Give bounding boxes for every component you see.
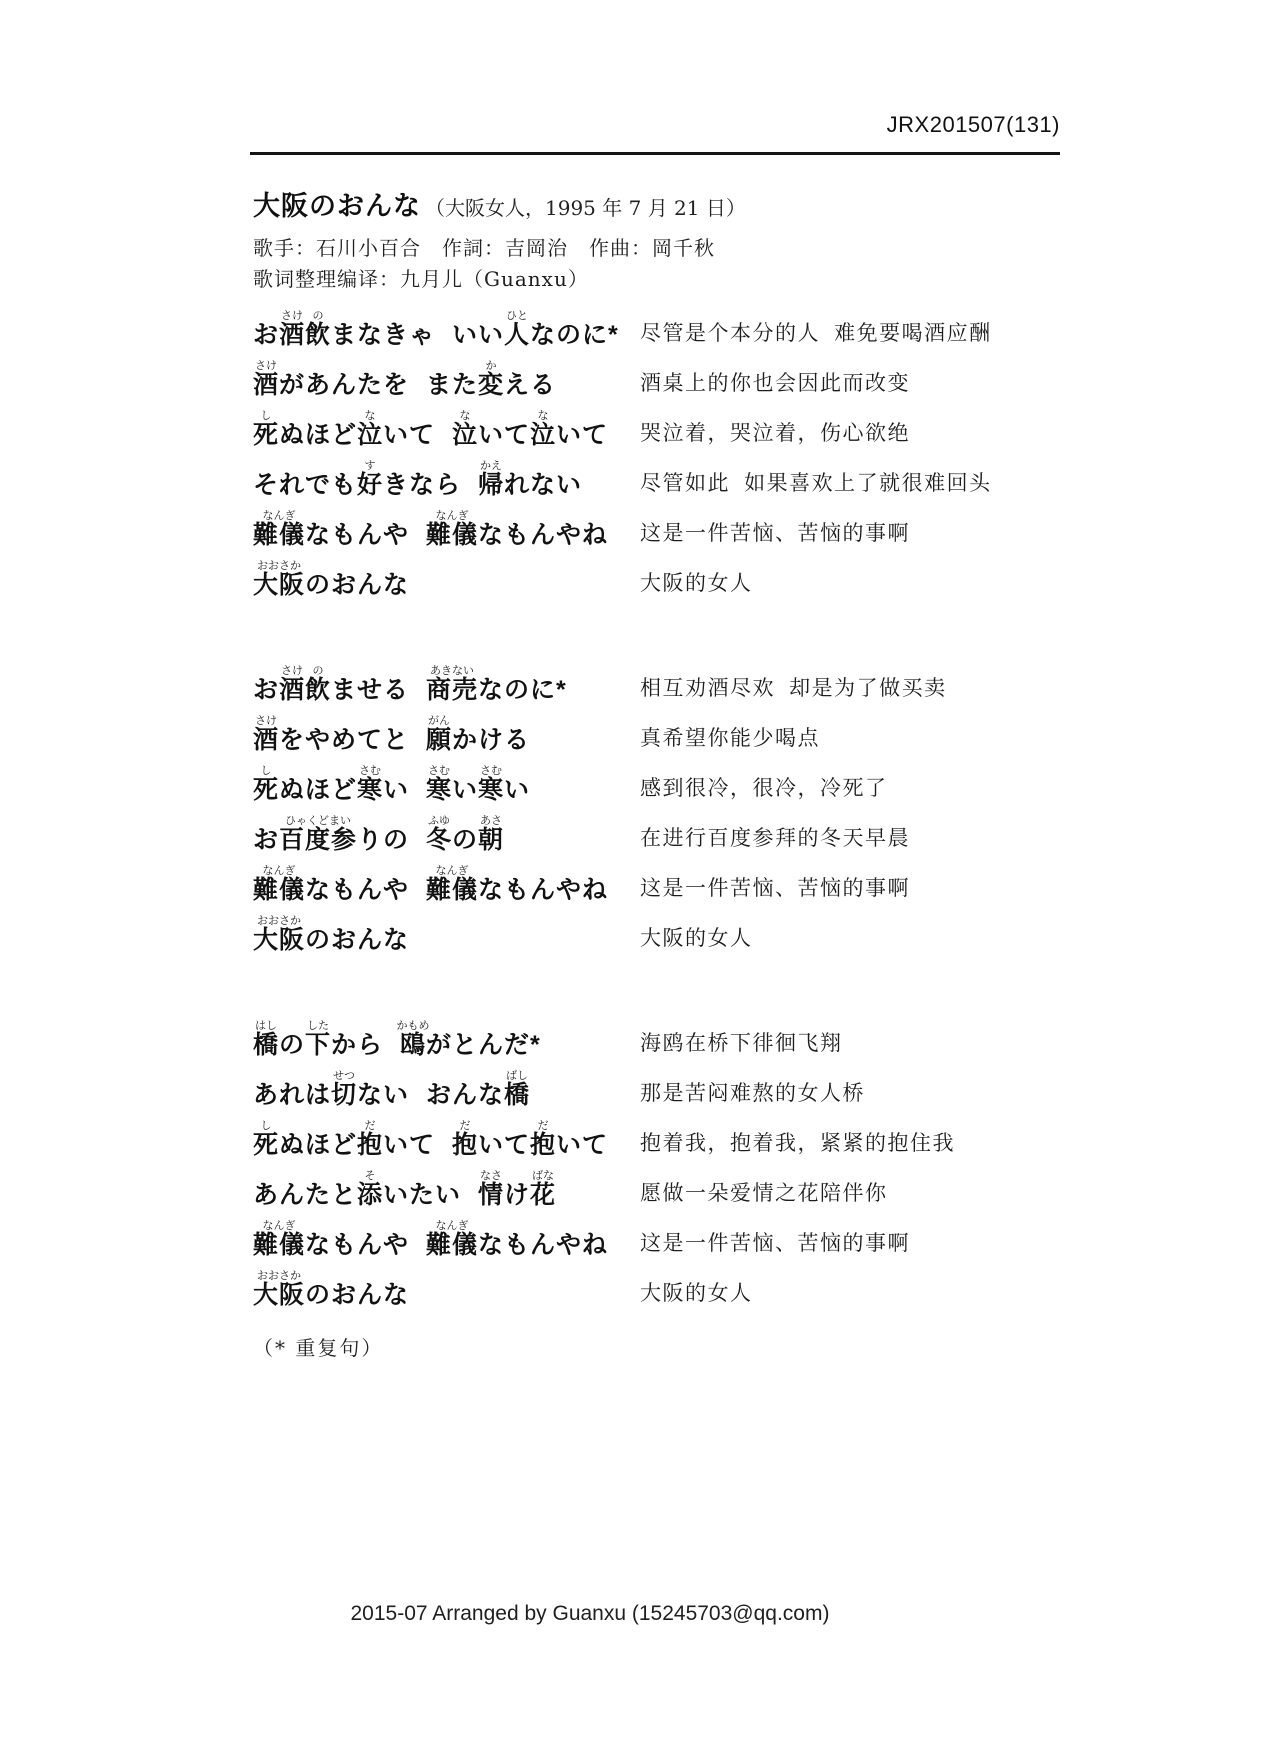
- song-title-jp: 大阪のおんな: [253, 191, 421, 221]
- lyric-chinese-translation: 那是苦闷难熬的女人桥: [640, 1083, 865, 1104]
- lyric-chinese-translation: 大阪的女人: [640, 928, 753, 949]
- lyric-line: 死しぬほど寒さむい 寒さむい寒さむい感到很冷，很冷，冷死了: [253, 755, 1153, 805]
- lyric-japanese: 難儀なんぎなもんや 難儀なんぎなもんやね: [253, 510, 608, 548]
- lyric-chinese-translation: 这是一件苦恼、苦恼的事啊: [640, 1233, 910, 1254]
- lyric-chinese-translation: 海鸥在桥下徘徊飞翔: [640, 1033, 843, 1054]
- lyric-chinese-translation: 大阪的女人: [640, 1283, 753, 1304]
- lyric-chinese-translation: 大阪的女人: [640, 573, 753, 594]
- song-title: 大阪のおんな（大阪女人，1995 年 7 月 21 日）: [253, 184, 746, 223]
- lyric-japanese: 大阪おおさかのおんな: [253, 1270, 409, 1308]
- verse: お酒さけ飲のませる 商売あきないなのに*相互劝酒尽欢 却是为了做买卖酒さけをやめ…: [253, 655, 1153, 955]
- lyric-line: 死しぬほど抱だいて 抱だいて抱だいて抱着我，抱着我，紧紧的抱住我: [253, 1110, 1153, 1160]
- lyric-japanese: 死しぬほど泣ないて 泣ないて泣ないて: [253, 410, 608, 448]
- lyric-japanese: 大阪おおさかのおんな: [253, 915, 409, 953]
- lyric-japanese: 死しぬほど抱だいて 抱だいて抱だいて: [253, 1120, 608, 1158]
- lyric-japanese: 大阪おおさかのおんな: [253, 560, 409, 598]
- lyric-chinese-translation: 抱着我，抱着我，紧紧的抱住我: [640, 1133, 955, 1154]
- lyric-line: 難儀なんぎなもんや 難儀なんぎなもんやね这是一件苦恼、苦恼的事啊: [253, 1210, 1153, 1260]
- repeat-footnote: （* 重复句）: [253, 1332, 383, 1361]
- verse: 橋はしの下したから 鴎かもめがとんだ*海鸥在桥下徘徊飞翔あれは切せつない おんな…: [253, 1010, 1153, 1310]
- lyric-line: それでも好すきなら 帰かえれない尽管如此 如果喜欢上了就很难回头: [253, 450, 1153, 500]
- credits-line-1: 歌手：石川小百合 作詞：吉岡治 作曲：岡千秋: [253, 232, 715, 261]
- lyric-japanese: あんたと添そいたい 情なさけ花ばな: [253, 1170, 556, 1208]
- lyric-japanese: お酒さけ飲のませる 商売あきないなのに*: [253, 665, 567, 703]
- lyric-chinese-translation: 尽管是个本分的人 难免要喝酒应酬: [640, 323, 992, 344]
- lyric-line: 難儀なんぎなもんや 難儀なんぎなもんやね这是一件苦恼、苦恼的事啊: [253, 855, 1153, 905]
- verse: お酒さけ飲のまなきゃ いい人ひとなのに*尽管是个本分的人 难免要喝酒应酬酒さけが…: [253, 300, 1153, 600]
- arranger-footer: 2015-07 Arranged by Guanxu (15245703@qq.…: [0, 1602, 1180, 1626]
- lyric-line: あんたと添そいたい 情なさけ花ばな愿做一朵爱情之花陪伴你: [253, 1160, 1153, 1210]
- lyric-line: あれは切せつない おんな橋ばし那是苦闷难熬的女人桥: [253, 1060, 1153, 1110]
- lyric-chinese-translation: 感到很冷，很冷，冷死了: [640, 778, 888, 799]
- lyric-chinese-translation: 在进行百度参拜的冬天早晨: [640, 828, 910, 849]
- lyric-line: 酒さけがあんたを また変かえる酒桌上的你也会因此而改变: [253, 350, 1153, 400]
- credits-line-2: 歌词整理编译：九月儿（Guanxu）: [253, 263, 589, 292]
- lyrics-section: お酒さけ飲のまなきゃ いい人ひとなのに*尽管是个本分的人 难免要喝酒应酬酒さけが…: [253, 300, 1153, 1310]
- lyric-japanese: 難儀なんぎなもんや 難儀なんぎなもんやね: [253, 865, 608, 903]
- lyric-chinese-translation: 愿做一朵爱情之花陪伴你: [640, 1183, 888, 1204]
- lyric-japanese: 酒さけをやめてと 願がんかける: [253, 715, 530, 753]
- lyric-chinese-translation: 真希望你能少喝点: [640, 728, 820, 749]
- lyric-japanese: 橋はしの下したから 鴎かもめがとんだ*: [253, 1020, 541, 1058]
- lyric-chinese-translation: 哭泣着，哭泣着，伤心欲绝: [640, 423, 910, 444]
- lyric-chinese-translation: 这是一件苦恼、苦恼的事啊: [640, 878, 910, 899]
- lyric-line: お百度参ひゃくどまいりの 冬ふゆの朝あさ在进行百度参拜的冬天早晨: [253, 805, 1153, 855]
- header-rule: [250, 152, 1060, 155]
- song-title-note: （大阪女人，1995 年 7 月 21 日）: [425, 196, 746, 220]
- lyric-japanese: 難儀なんぎなもんや 難儀なんぎなもんやね: [253, 1220, 608, 1258]
- lyric-line: 大阪おおさかのおんな大阪的女人: [253, 550, 1153, 600]
- lyric-line: お酒さけ飲のませる 商売あきないなのに*相互劝酒尽欢 却是为了做买卖: [253, 655, 1153, 705]
- lyric-line: 大阪おおさかのおんな大阪的女人: [253, 905, 1153, 955]
- lyric-japanese: それでも好すきなら 帰かえれない: [253, 460, 582, 498]
- lyric-line: 酒さけをやめてと 願がんかける真希望你能少喝点: [253, 705, 1153, 755]
- lyric-japanese: お百度参ひゃくどまいりの 冬ふゆの朝あさ: [253, 815, 504, 853]
- lyric-line: 大阪おおさかのおんな大阪的女人: [253, 1260, 1153, 1310]
- lyric-line: 死しぬほど泣ないて 泣ないて泣ないて哭泣着，哭泣着，伤心欲绝: [253, 400, 1153, 450]
- lyric-chinese-translation: 尽管如此 如果喜欢上了就很难回头: [640, 473, 992, 494]
- doc-code: JRX201507(131): [887, 112, 1060, 138]
- lyric-chinese-translation: 酒桌上的你也会因此而改变: [640, 373, 910, 394]
- lyric-japanese: あれは切せつない おんな橋ばし: [253, 1070, 530, 1108]
- lyric-japanese: 酒さけがあんたを また変かえる: [253, 360, 556, 398]
- lyric-line: 難儀なんぎなもんや 難儀なんぎなもんやね这是一件苦恼、苦恼的事啊: [253, 500, 1153, 550]
- lyric-line: お酒さけ飲のまなきゃ いい人ひとなのに*尽管是个本分的人 难免要喝酒应酬: [253, 300, 1153, 350]
- lyric-chinese-translation: 这是一件苦恼、苦恼的事啊: [640, 523, 910, 544]
- document-page: JRX201507(131) 大阪のおんな（大阪女人，1995 年 7 月 21…: [0, 0, 1272, 1744]
- lyric-chinese-translation: 相互劝酒尽欢 却是为了做买卖: [640, 678, 947, 699]
- lyric-japanese: お酒さけ飲のまなきゃ いい人ひとなのに*: [253, 310, 619, 348]
- lyric-line: 橋はしの下したから 鴎かもめがとんだ*海鸥在桥下徘徊飞翔: [253, 1010, 1153, 1060]
- lyric-japanese: 死しぬほど寒さむい 寒さむい寒さむい: [253, 765, 530, 803]
